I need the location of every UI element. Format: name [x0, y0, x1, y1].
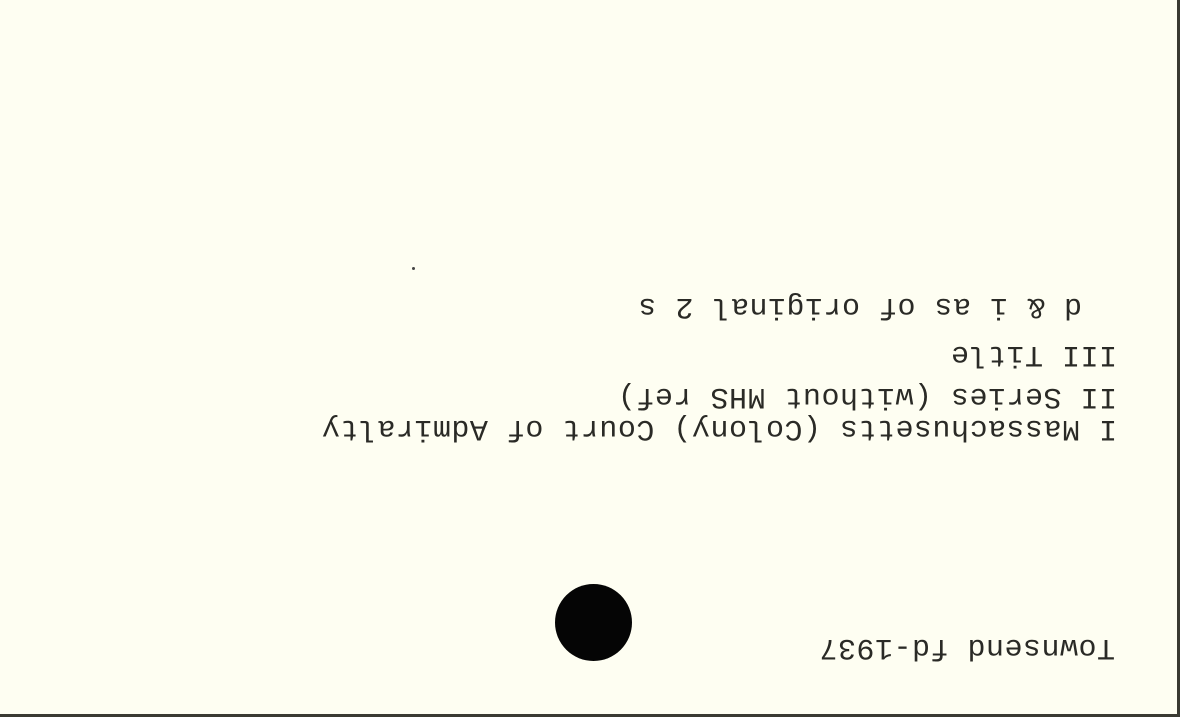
punch-hole: [555, 584, 632, 661]
card-footer: Townsend fd-1937: [770, 632, 1115, 662]
ink-speck: [412, 267, 415, 270]
card-line-3: III Title: [944, 339, 1117, 369]
card-line-1: I Massachusetts (Colony) Court of Admira…: [237, 413, 1117, 443]
card-line-2: II Series (without MHS ref): [590, 381, 1117, 411]
catalog-card: d & i as of original 2 s III Title II Se…: [0, 0, 1180, 717]
card-line-4: d & i as of original 2 s: [582, 291, 1082, 321]
